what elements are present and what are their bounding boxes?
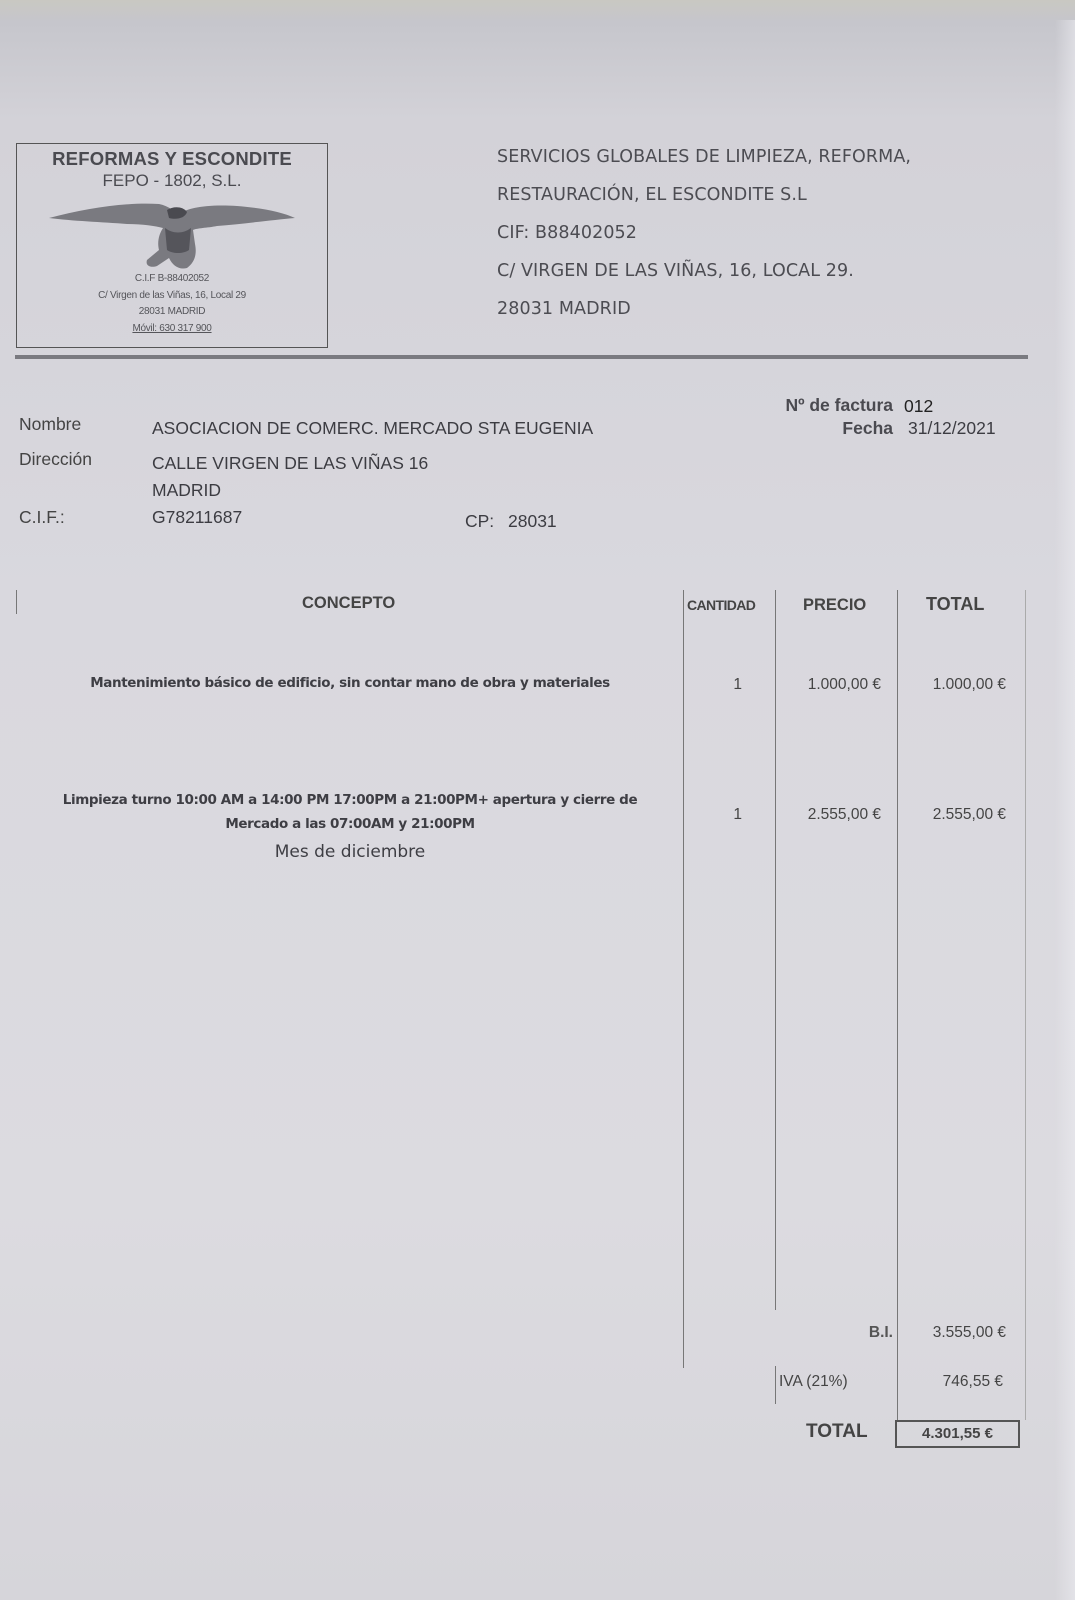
vat-amount: 746,55 €	[900, 1373, 1003, 1391]
invoice-date: 31/12/2021	[908, 418, 996, 439]
table-left-border	[16, 590, 17, 614]
client-name-label: Nombre	[19, 414, 81, 435]
client-cp: 28031	[508, 511, 557, 532]
table-right-border	[1025, 590, 1026, 1420]
header-price: PRECIO	[803, 596, 866, 615]
total-amount: 4.301,55 €	[895, 1420, 1020, 1448]
header-concept: CONCEPTO	[302, 594, 395, 613]
client-name: ASOCIACION DE COMERC. MERCADO STA EUGENI…	[152, 418, 593, 439]
vat-label: IVA (21%)	[779, 1373, 848, 1391]
client-cif: G78211687	[152, 507, 242, 528]
base-label: B.I.	[820, 1324, 893, 1342]
column-divider-total	[897, 590, 898, 1420]
logo-address: C/ Virgen de las Viñas, 16, Local 29	[17, 290, 327, 301]
row-price: 2.555,00 €	[778, 806, 881, 824]
row-concept-line2: Mercado a las 07:00AM y 21:00PM	[20, 816, 680, 832]
client-cif-label: C.I.F.:	[19, 507, 65, 528]
logo-company-subname: FEPO - 1802, S.L.	[17, 171, 327, 191]
client-address-line1: CALLE VIRGEN DE LAS VIÑAS 16	[152, 453, 428, 474]
header-total: TOTAL	[926, 594, 984, 615]
base-amount: 3.555,00 €	[900, 1324, 1006, 1342]
column-divider-price	[775, 590, 776, 1310]
row-quantity: 1	[700, 806, 742, 824]
client-address-label: Dirección	[19, 449, 92, 470]
row-concept-period: Mes de diciembre	[20, 842, 680, 862]
row-quantity: 1	[700, 676, 742, 694]
logo-phone: Móvil: 630 317 900	[17, 323, 327, 334]
header-quantity: CANTIDAD	[687, 597, 755, 613]
header-divider	[15, 355, 1028, 359]
column-divider-vat	[775, 1366, 776, 1404]
row-total: 1.000,00 €	[900, 676, 1006, 694]
invoice-number-label: Nº de factura	[700, 395, 893, 416]
logo-cif: C.I.F B-88402052	[17, 273, 327, 284]
row-price: 1.000,00 €	[778, 676, 881, 694]
client-address-line2: MADRID	[152, 480, 221, 501]
row-concept: Mantenimiento básico de edificio, sin co…	[30, 675, 670, 691]
company-address: C/ VIRGEN DE LAS VIÑAS, 16, LOCAL 29.	[497, 261, 854, 281]
logo-city: 28031 MADRID	[17, 306, 327, 317]
page-edge-shadow	[1055, 20, 1075, 1600]
invoice-date-label: Fecha	[700, 418, 893, 439]
row-concept-line1: Limpieza turno 10:00 AM a 14:00 PM 17:00…	[20, 792, 680, 808]
company-name-line1: SERVICIOS GLOBALES DE LIMPIEZA, REFORMA,	[497, 147, 911, 167]
invoice-number: 012	[904, 396, 933, 417]
company-name-line2: RESTAURACIÓN, EL ESCONDITE S.L	[497, 185, 807, 205]
company-logo-box: REFORMAS Y ESCONDITE FEPO - 1802, S.L. C…	[16, 143, 328, 348]
eagle-icon	[47, 194, 297, 274]
client-cp-label: CP:	[465, 511, 494, 532]
total-label: TOTAL	[806, 1421, 868, 1443]
column-divider-quantity	[683, 590, 684, 1368]
company-city: 28031 MADRID	[497, 299, 631, 319]
logo-company-name: REFORMAS Y ESCONDITE	[17, 148, 327, 170]
row-total: 2.555,00 €	[900, 806, 1006, 824]
company-cif: CIF: B88402052	[497, 223, 637, 243]
